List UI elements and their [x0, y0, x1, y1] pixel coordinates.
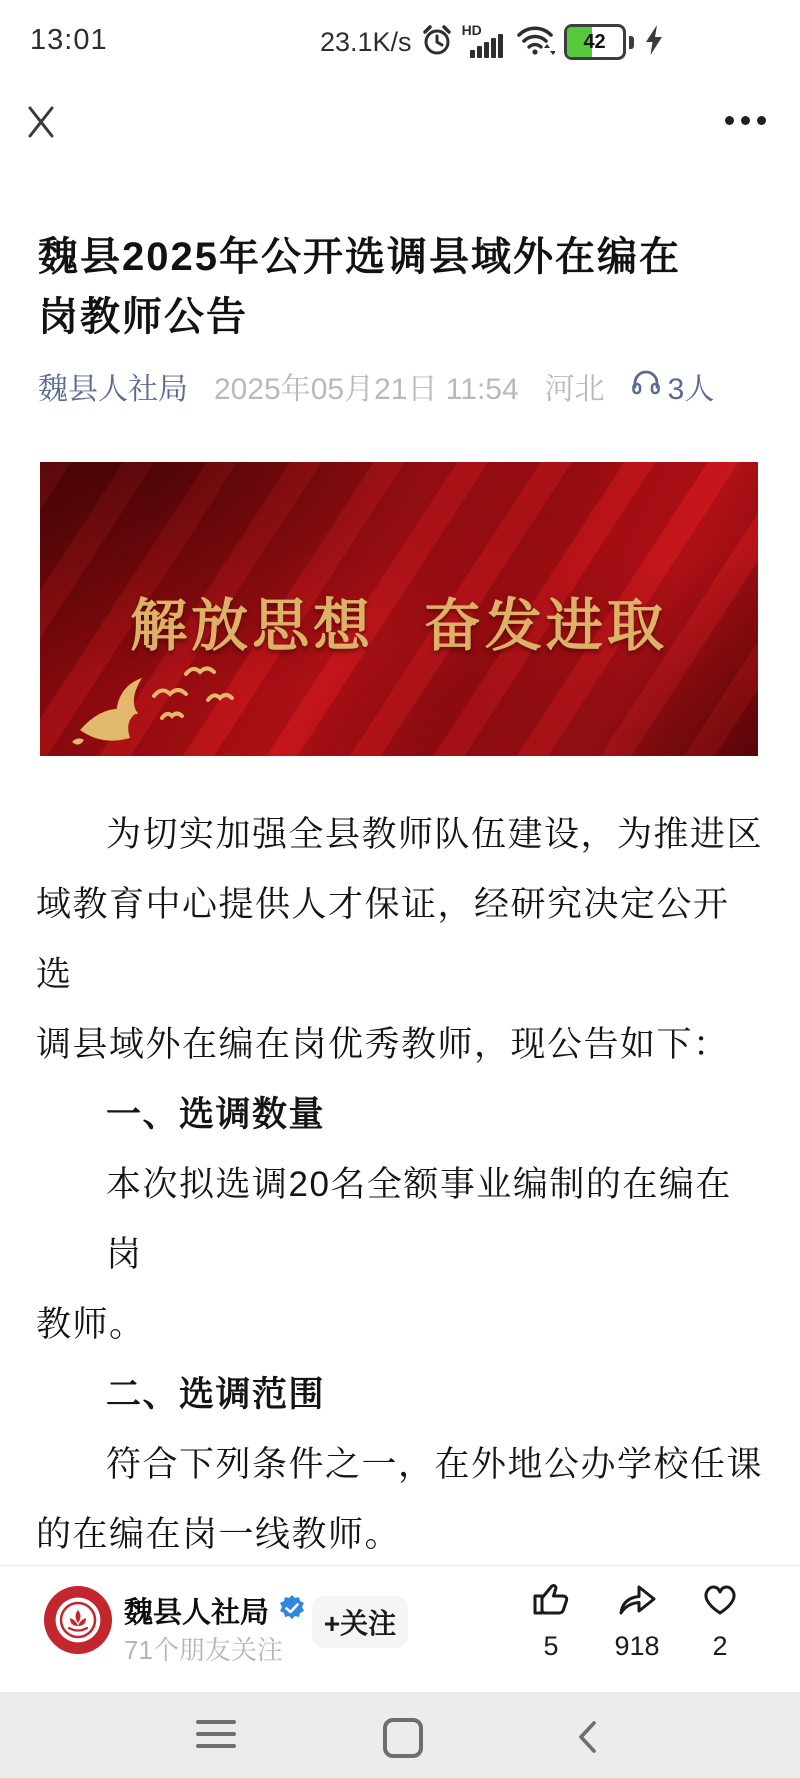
- charging-bolt-icon: [643, 24, 665, 61]
- body-line: 调县域外在编在岗优秀教师，现公告如下：: [36, 1010, 764, 1080]
- doves-icon: [58, 638, 268, 748]
- thumbs-up-icon: [530, 1578, 572, 1625]
- article-title: 魏县2025年公开选调县域外在编在岗教师公告: [38, 227, 688, 347]
- alarm-clock-icon: [421, 23, 453, 62]
- nav-menu-icon[interactable]: [196, 1720, 236, 1756]
- nav-home-icon[interactable]: [383, 1718, 423, 1758]
- body-line: 为切实加强全县教师队伍建设，为推进区: [36, 800, 764, 870]
- body-line: 本次拟选调20名全额事业编制的在编在岗: [36, 1150, 764, 1290]
- body-line: 域教育中心提供人才保证，经研究决定公开选: [36, 870, 764, 1010]
- account-name-row[interactable]: 魏县人社局: [124, 1590, 306, 1631]
- section-heading: 二、选调范围: [36, 1360, 764, 1430]
- section-heading: 一、选调数量: [36, 1080, 764, 1150]
- status-icons: 23.1K/s HD: [320, 20, 665, 64]
- favorite-button[interactable]: 2: [678, 1578, 762, 1662]
- system-nav-bar: [0, 1692, 800, 1778]
- footer-bar: 魏县人社局 71个朋友关注 +关注 5: [0, 1565, 800, 1693]
- app-screen: 13:01 23.1K/s HD: [0, 0, 800, 1778]
- account-name: 魏县人社局: [124, 1590, 269, 1631]
- body-line: 的在编在岗一线教师。: [36, 1500, 764, 1570]
- battery-percent: 42: [583, 31, 605, 54]
- account-avatar[interactable]: [44, 1586, 112, 1654]
- body-line: 符合下列条件之一，在外地公办学校任课: [36, 1430, 764, 1500]
- status-bar: 13:01 23.1K/s HD: [0, 0, 800, 70]
- battery-icon: 42: [564, 24, 626, 60]
- headphones-icon: [631, 367, 661, 405]
- battery-nub: [629, 36, 634, 49]
- article-toolbar: [0, 86, 800, 156]
- author-link[interactable]: 魏县人社局: [38, 364, 188, 408]
- article-meta: 魏县人社局 2025年05月21日 11:54 河北 3人: [38, 364, 714, 408]
- clock-time: 13:01: [30, 24, 108, 57]
- like-button[interactable]: 5: [509, 1578, 593, 1662]
- publish-date: 2025年05月21日 11:54: [214, 364, 519, 408]
- share-button[interactable]: 918: [595, 1578, 679, 1662]
- signal-strength-icon: HD: [462, 22, 506, 62]
- like-count: 5: [543, 1631, 558, 1662]
- network-speed: 23.1K/s: [320, 27, 412, 58]
- verified-badge-icon: [278, 1594, 306, 1627]
- publish-location: 河北: [545, 364, 605, 408]
- nav-back-icon[interactable]: [574, 1717, 600, 1762]
- favorite-count: 2: [712, 1631, 727, 1662]
- more-options-icon[interactable]: [725, 108, 766, 132]
- share-arrow-icon: [615, 1578, 659, 1625]
- heart-icon: [699, 1578, 741, 1625]
- banner-image[interactable]: 解放思想 奋发进取: [40, 462, 758, 756]
- followers-note: 71个朋友关注: [124, 1630, 283, 1667]
- wifi-icon: [515, 23, 555, 62]
- share-count: 918: [614, 1631, 659, 1662]
- close-icon[interactable]: [22, 98, 66, 142]
- body-line: 教师。: [36, 1290, 764, 1360]
- listen-control[interactable]: 3人: [631, 364, 715, 408]
- listen-count: 3人: [668, 364, 715, 408]
- follow-button[interactable]: +关注: [312, 1596, 408, 1648]
